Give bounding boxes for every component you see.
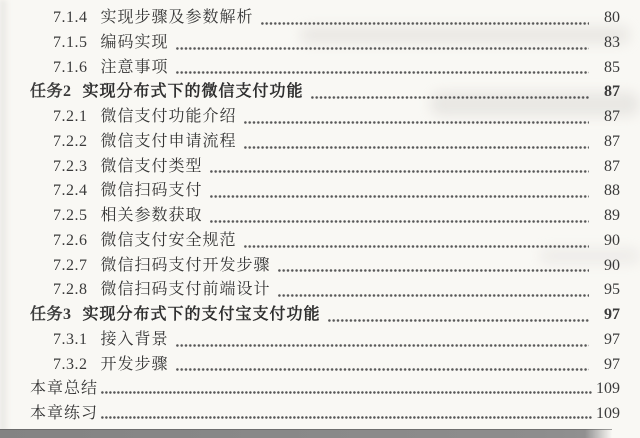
- toc-entry-title: 微信扫码支付: [101, 177, 203, 200]
- toc-entry-title: 本章练习: [30, 400, 98, 423]
- dot-leader: [244, 146, 589, 149]
- dot-leader: [176, 47, 589, 50]
- toc-entry-title: 微信扫码支付开发步骤: [101, 252, 271, 275]
- toc-entry-title: 本章总结: [30, 375, 98, 398]
- dot-leader: [176, 344, 589, 347]
- toc-entry-number: 任务3: [30, 301, 72, 324]
- toc-entry-number: 7.2.3: [53, 158, 88, 176]
- toc-entry-number: 7.2.5: [53, 207, 88, 225]
- dot-leader: [210, 195, 589, 198]
- toc-entry-page-number: 87: [594, 133, 620, 151]
- dot-leader: [328, 319, 589, 322]
- toc-entry-page-number: 97: [594, 306, 620, 324]
- toc-entry-number: 7.2.4: [53, 182, 88, 200]
- toc-entry-number: 7.1.5: [53, 34, 88, 52]
- dot-leader: [101, 391, 593, 394]
- dot-leader: [261, 22, 589, 25]
- toc-entry-title: 注意事项: [101, 54, 169, 77]
- toc-entry-page-number: 95: [594, 281, 620, 299]
- toc-entry-number: 7.3.1: [53, 331, 88, 349]
- toc-entry: 7.2.8微信扫码支付前端设计95: [30, 276, 620, 301]
- toc-entry-number: 任务2: [30, 78, 72, 101]
- toc-entry-page-number: 90: [594, 232, 620, 250]
- dot-leader: [311, 96, 589, 99]
- toc-entry-title: 编码实现: [101, 29, 169, 52]
- toc-entry-page-number: 80: [594, 9, 620, 27]
- toc-entry-title: 微信支付功能介绍: [101, 103, 237, 126]
- toc-entry-page-number: 87: [594, 158, 620, 176]
- dot-leader: [278, 294, 589, 297]
- dot-leader: [210, 170, 589, 173]
- toc-entry: 7.2.5相关参数获取89: [30, 202, 620, 227]
- toc-entry-title: 实现步骤及参数解析: [101, 4, 254, 27]
- toc-entry-page-number: 87: [594, 108, 620, 126]
- toc-entry: 7.2.6微信支付安全规范90: [30, 227, 620, 252]
- dot-leader: [101, 416, 593, 419]
- toc-entry-number: 7.1.4: [53, 9, 88, 27]
- scan-edge-bar: [0, 429, 612, 438]
- toc-entry-page-number: 109: [594, 405, 620, 423]
- dot-leader: [210, 220, 589, 223]
- dot-leader: [176, 368, 589, 371]
- toc-entry: 本章总结109: [30, 375, 620, 400]
- toc-entry: 7.2.3微信支付类型87: [30, 153, 620, 178]
- toc-entry-title: 相关参数获取: [101, 202, 203, 225]
- toc-entry-number: 7.1.6: [53, 59, 88, 77]
- toc-entry-title: 开发步骤: [101, 351, 169, 374]
- toc-entry-page-number: 97: [594, 356, 620, 374]
- toc-entry-number: 7.2.8: [53, 281, 88, 299]
- toc-entry: 任务2实现分布式下的微信支付功能87: [30, 78, 620, 103]
- toc-entry-number: 7.2.6: [53, 232, 88, 250]
- dot-leader: [244, 245, 589, 248]
- toc-entry: 7.1.6注意事项85: [30, 54, 620, 79]
- toc-entry-page-number: 83: [594, 34, 620, 52]
- toc-entry-page-number: 109: [594, 380, 620, 398]
- toc-entry: 本章练习109: [30, 400, 620, 425]
- toc-entry-number: 7.2.2: [53, 133, 88, 151]
- toc-entry-page-number: 97: [594, 331, 620, 349]
- toc-entry-title: 微信支付类型: [101, 153, 203, 176]
- toc-entry-title: 微信支付安全规范: [101, 227, 237, 250]
- toc-entry: 7.2.2微信支付申请流程87: [30, 128, 620, 153]
- toc-entry-title: 实现分布式下的微信支付功能: [83, 78, 304, 101]
- toc-entry: 7.2.1微信支付功能介绍87: [30, 103, 620, 128]
- toc-entry: 7.2.4微信扫码支付88: [30, 177, 620, 202]
- toc-entry-page-number: 90: [594, 257, 620, 275]
- toc-entry: 7.3.2开发步骤97: [30, 351, 620, 376]
- dot-leader: [244, 121, 589, 124]
- toc-entry: 7.3.1接入背景97: [30, 326, 620, 351]
- toc-entry-title: 微信支付申请流程: [101, 128, 237, 151]
- toc-entry-number: 7.2.7: [53, 257, 88, 275]
- toc-entry: 7.2.7微信扫码支付开发步骤90: [30, 252, 620, 277]
- toc-entry-title: 实现分布式下的支付宝支付功能: [83, 301, 321, 324]
- toc-entry-page-number: 85: [594, 59, 620, 77]
- toc-entry-page-number: 88: [594, 182, 620, 200]
- toc-entry: 任务3实现分布式下的支付宝支付功能97: [30, 301, 620, 326]
- toc-entry: 7.1.5编码实现83: [30, 29, 620, 54]
- toc-entry-number: 7.2.1: [53, 108, 88, 126]
- toc-entry-page-number: 87: [594, 83, 620, 101]
- toc-entry-number: 7.3.2: [53, 356, 88, 374]
- toc-entry-title: 接入背景: [101, 326, 169, 349]
- dot-leader: [278, 269, 589, 272]
- dot-leader: [176, 71, 589, 74]
- toc-entry-page-number: 89: [594, 207, 620, 225]
- table-of-contents: 7.1.4实现步骤及参数解析807.1.5编码实现837.1.6注意事项85任务…: [0, 0, 640, 425]
- toc-entry: 7.1.4实现步骤及参数解析80: [30, 4, 620, 29]
- toc-entry-title: 微信扫码支付前端设计: [101, 276, 271, 299]
